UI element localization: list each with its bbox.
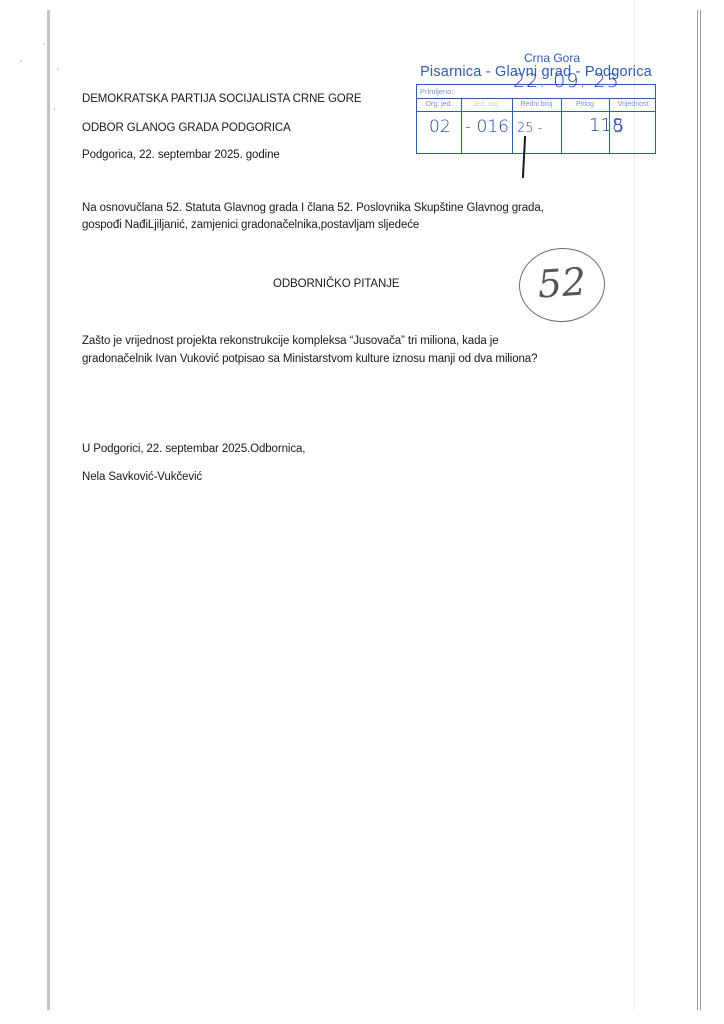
scan-speck bbox=[57, 68, 59, 70]
stamp-values-row: 02 - 016 25 - 118 5 bbox=[417, 111, 655, 153]
stamp-received-row: Primljeno: 22. 09. 25 bbox=[417, 85, 655, 99]
stamp-received-date: 22. 09. 25 bbox=[513, 75, 620, 88]
stamp-col-attachment: Prilog bbox=[561, 98, 609, 111]
registry-number-circle: 52 bbox=[517, 245, 608, 325]
stamp-val-number: 25 - bbox=[517, 121, 542, 136]
stamp-val-jed: - 016 bbox=[465, 117, 509, 137]
stamp-col-value: Vrijednost bbox=[609, 98, 657, 111]
intro-line-2: gospođi NađiLjiljanić, zamjenici gradona… bbox=[82, 218, 419, 232]
scan-speck bbox=[53, 108, 55, 110]
header-committee: ODBOR GLANOG GRADA PODGORICA bbox=[82, 121, 291, 135]
header-date: Podgorica, 22. septembar 2025. godine bbox=[82, 148, 280, 162]
question-line-2: gradonačelnik Ivan Vuković potpisao sa M… bbox=[82, 352, 537, 366]
header-party: DEMOKRATSKA PARTIJA SOCIJALISTA CRNE GOR… bbox=[82, 92, 361, 106]
registry-stamp: Crna Gora Pisarnica - Glavni grad - Podg… bbox=[412, 52, 660, 172]
scan-edge-left bbox=[47, 10, 50, 1010]
stamp-table: Primljeno: 22. 09. 25 Org. jed. Jed. org… bbox=[416, 84, 656, 154]
scan-speck bbox=[20, 60, 22, 62]
question-line-1: Zašto je vrijednost projekta rekonstrukc… bbox=[82, 334, 499, 348]
document-title: ODBORNIČKO PITANJE bbox=[273, 277, 399, 291]
stamp-received-label: Primljeno: bbox=[420, 85, 453, 98]
stamp-val-org: 02 bbox=[429, 117, 451, 137]
intro-line-1: Na osnovučlana 52. Statuta Glavnog grada… bbox=[82, 201, 544, 215]
scan-speck bbox=[43, 43, 45, 45]
signatory-name: Nela Savković-Vukčević bbox=[82, 470, 202, 484]
stamp-col-jed: Jed. org. bbox=[461, 98, 512, 111]
stamp-col-org: Org. jed. bbox=[417, 98, 461, 111]
scan-edge-right bbox=[697, 10, 701, 1010]
closing-place-date: U Podgorici, 22. septembar 2025.Odbornic… bbox=[82, 442, 305, 456]
stamp-header-row: Org. jed. Jed. org. Redni broj Prilog Vr… bbox=[417, 98, 655, 112]
stamp-val-value: 5 bbox=[613, 116, 624, 137]
stamp-col-number: Redni broj bbox=[512, 98, 561, 111]
